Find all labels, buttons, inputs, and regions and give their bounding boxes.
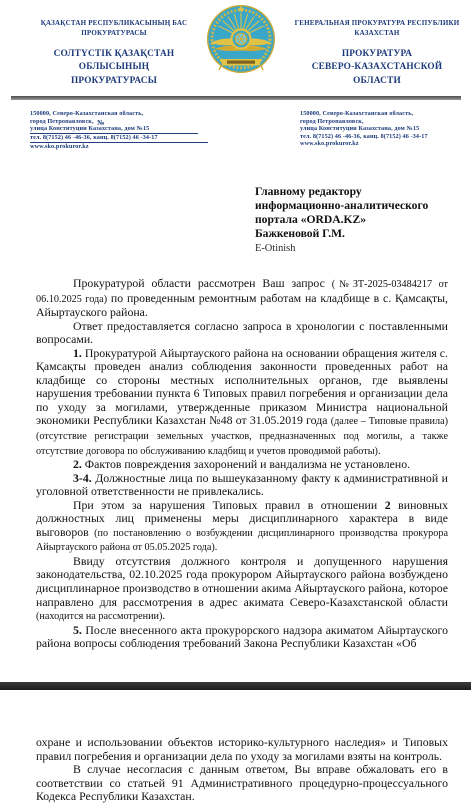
body-paragraph: Ввиду отсутствия должного контроля и доп… xyxy=(36,555,448,624)
org-name-kk-line2: ОБЛЫСЫНЫҢ xyxy=(26,61,202,75)
phone-numbers: тел. 8(7152) 46 -46-36, канц. 8(7152) 46… xyxy=(300,133,471,141)
paragraph-segment: В случае несогласия с данным ответом, Вы… xyxy=(36,762,448,803)
paragraph-segment: Ответ предоставляется согласно запроса в… xyxy=(36,319,448,347)
paragraph-segment: 5. xyxy=(73,623,82,637)
paragraph-segment: Прокуратурой области рассмотрен Ваш запр… xyxy=(73,277,332,290)
org-name-parent-kk: ҚАЗАҚСТАН РЕСПУБЛИКАСЫНЫҢ БАС ПРОКУРАТУР… xyxy=(26,19,202,39)
org-name-ru: ПРОКУРАТУРА СЕВЕРО-КАЗАХСТАНСКОЙ ОБЛАСТИ xyxy=(291,48,463,89)
paragraph-segment: При этом за нарушения Типовых правил в о… xyxy=(73,498,385,512)
letter-body-page2: охране и использовании объектов историко… xyxy=(36,736,448,804)
org-name-kk-line1: СОЛТҮСТІК ҚАЗАҚСТАН xyxy=(26,48,202,62)
contact-block-left: 150000, Северо-Казахстанская область, го… xyxy=(30,110,252,151)
body-paragraph: 5. После внесенного акта прокурорского н… xyxy=(36,624,448,651)
body-paragraph: При этом за нарушения Типовых правил в о… xyxy=(36,499,448,555)
letterhead-russian: ГЕНЕРАЛЬНАЯ ПРОКУРАТУРА РЕСПУБЛИКИ КАЗАХ… xyxy=(291,19,463,88)
body-paragraph: Прокуратурой области рассмотрен Ваш запр… xyxy=(36,277,448,320)
body-paragraph: В случае несогласия с данным ответом, Вы… xyxy=(36,763,448,804)
street-address: улица Конституции Казахстана, дом №15 xyxy=(30,125,198,134)
org-name-ru-line2: СЕВЕРО-КАЗАХСТАНСКОЙ xyxy=(291,61,463,75)
recipient-title-line3: портала «ORDA.KZ» xyxy=(255,213,450,227)
letter-document: ҚАЗАҚСТАН РЕСПУБЛИКАСЫНЫҢ БАС ПРОКУРАТУР… xyxy=(0,0,471,806)
street-address: улица Конституции Казахстана, дом №15 xyxy=(300,125,471,133)
body-paragraph: Ответ предоставляется согласно запроса в… xyxy=(36,320,448,347)
paragraph-segment: 1. xyxy=(73,346,82,360)
postal-code-region: 150000, Северо-Казахстанская область, xyxy=(30,110,252,118)
paragraph-segment: После внесенного акта прокурорского надз… xyxy=(36,623,448,651)
letterhead-divider xyxy=(11,96,461,100)
org-name-ru-line3: ОБЛАСТИ xyxy=(291,75,463,89)
delivery-channel: E-Otinish xyxy=(255,242,450,256)
kazakhstan-emblem-icon xyxy=(204,3,278,76)
body-paragraph: 1. Прокуратурой Айыртауского района на о… xyxy=(36,347,448,458)
state-emblem-icon xyxy=(204,3,278,76)
website-link[interactable]: www.sko.prokuror.kz xyxy=(30,143,252,151)
letter-body-page1: Прокуратурой области рассмотрен Ваш запр… xyxy=(36,277,448,651)
postal-code-region: 150000, Северо-Казахстанская область, xyxy=(300,110,471,118)
phone-numbers: тел. 8(7152) 46 -46-36, канц. 8(7152) 46… xyxy=(30,134,208,143)
paragraph-segment: Фактов повреждения захоронений и вандали… xyxy=(82,457,410,471)
city: город Петропавловск, xyxy=(300,118,471,126)
page-break-separator xyxy=(0,682,471,690)
paragraph-segment: 2. xyxy=(73,457,82,471)
org-name-parent-ru: ГЕНЕРАЛЬНАЯ ПРОКУРАТУРА РЕСПУБЛИКИ КАЗАХ… xyxy=(291,19,463,39)
paragraph-segment: (находится на рассмотрении). xyxy=(36,611,165,622)
body-paragraph: охране и использовании объектов историко… xyxy=(36,736,448,763)
org-name-kk-line3: ПРОКУРАТУРАСЫ xyxy=(26,75,202,89)
contact-block-right: 150000, Северо-Казахстанская область, го… xyxy=(300,110,471,148)
recipient-title-line1: Главному редактору xyxy=(255,185,450,199)
document-number-mark: № xyxy=(97,118,105,127)
recipient-name: Бажкеновой Г.М. xyxy=(255,227,450,241)
org-name-ru-line1: ПРОКУРАТУРА xyxy=(291,48,463,62)
website-link[interactable]: www.sko.prokuror.kz xyxy=(300,140,471,148)
letterhead-kazakh: ҚАЗАҚСТАН РЕСПУБЛИКАСЫНЫҢ БАС ПРОКУРАТУР… xyxy=(26,19,202,88)
org-name-kk: СОЛТҮСТІК ҚАЗАҚСТАН ОБЛЫСЫНЫҢ ПРОКУРАТУР… xyxy=(26,48,202,89)
paragraph-segment: 3-4. xyxy=(73,471,92,485)
paragraph-segment: Должностные лица по вышеуказанному факту… xyxy=(36,471,448,499)
paragraph-segment: Ввиду отсутствия должного контроля и доп… xyxy=(36,554,448,609)
body-paragraph: 3-4. Должностные лица по вышеуказанному … xyxy=(36,472,448,499)
recipient-block: Главному редактору информационно-аналити… xyxy=(255,185,450,256)
body-paragraph: 2. Фактов повреждения захоронений и ванд… xyxy=(36,458,448,472)
recipient-title-line2: информационно-аналитического xyxy=(255,199,450,213)
paragraph-segment: (по постановлению о возбуждении дисципли… xyxy=(36,528,448,554)
paragraph-segment: охране и использовании объектов историко… xyxy=(36,736,448,763)
city: город Петропавловск, xyxy=(30,118,252,126)
